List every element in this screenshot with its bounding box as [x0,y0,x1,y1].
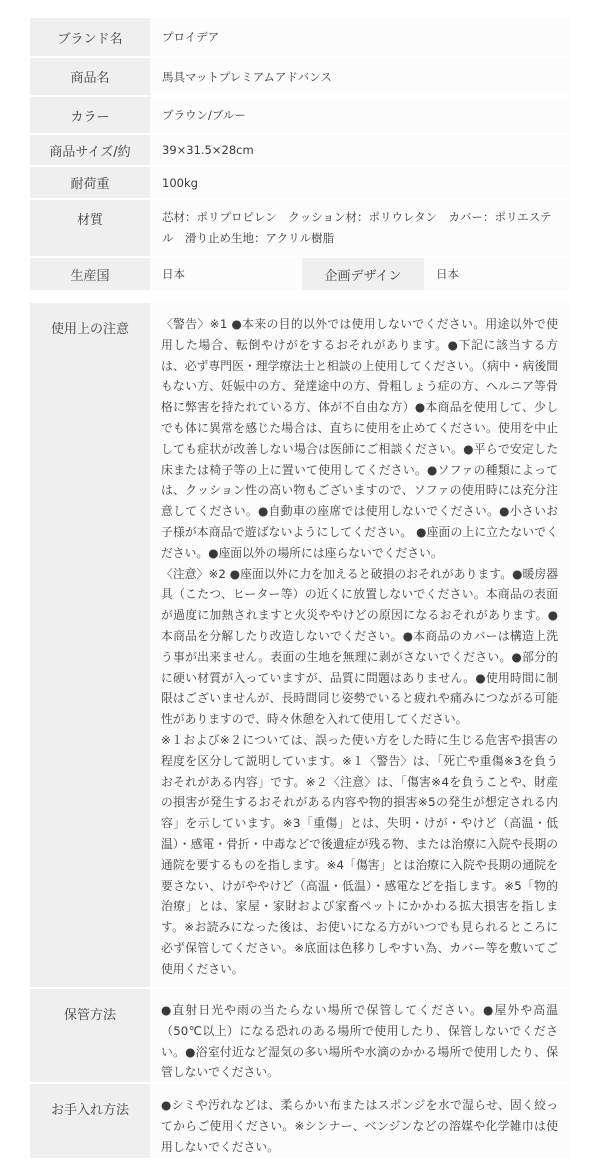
spec-row-load-capacity: 耐荷重 100kg [30,167,570,198]
spec-row-color: カラー ブラウン/ブルー [30,97,570,133]
spec-row-product-name: 商品名 馬具マットプレミアムアドバンス [30,58,570,95]
notes-label: お手入れ方法 [30,1084,150,1158]
spec-value: 芯材：ポリプロピレン クッション材：ポリウレタン カバー：ポリエステル 滑り止め… [150,200,570,256]
spec-row-origin: 生産国 日本 企画デザイン 日本 [30,258,570,290]
spec-label: 商品サイズ/約 [30,135,150,165]
notes-row-care: お手入れ方法 ●シミや汚れなどは、柔らかい布またはスポンジを水で湿らせ、固く絞っ… [30,1084,570,1158]
notes-label: 使用上の注意 [30,303,150,987]
notes-row-usage-cautions: 使用上の注意 〈警告〉※1 ●本来の目的以外では使用しないでください。用途以外で… [30,303,570,987]
spec-label: カラー [30,97,150,133]
spec-value: ブラウン/ブルー [150,97,570,133]
spec-label: 材質 [30,200,150,256]
warning-paragraph: 〈警告〉※1 ●本来の目的以外では使用しないでください。用途以外で使用した場合、… [161,314,558,564]
spec-value: 100kg [150,167,570,198]
spec-label: ブランド名 [30,18,150,56]
notes-table: 使用上の注意 〈警告〉※1 ●本来の目的以外では使用しないでください。用途以外で… [30,303,570,1160]
spec-label: 生産国 [30,258,150,290]
spec-table: ブランド名 プロイデア 商品名 馬具マットプレミアムアドバンス カラー ブラウン… [30,18,570,292]
notes-value: 〈警告〉※1 ●本来の目的以外では使用しないでください。用途以外で使用した場合、… [150,303,570,987]
care-paragraph: ●シミや汚れなどは、柔らかい布またはスポンジを水で湿らせ、固く絞ってからご使用く… [161,1095,558,1157]
origin-value: 日本 [150,258,302,290]
spec-value: プロイデア [150,18,570,56]
storage-paragraph: ●直射日光や雨の当たらない場所で保管してください。●屋外や高温（50℃以上）にな… [161,1000,558,1083]
spec-row-size: 商品サイズ/約 39×31.5×28cm [30,135,570,165]
spec-row-material: 材質 芯材：ポリプロピレン クッション材：ポリウレタン カバー：ポリエステル 滑… [30,200,570,256]
definitions-paragraph: ※１および※２については、誤った使い方をした時に生じる危害や損害の程度を区分して… [161,730,558,980]
spec-row-brand: ブランド名 プロイデア [30,18,570,56]
design-label: 企画デザイン [302,258,424,290]
notes-value: ●シミや汚れなどは、柔らかい布またはスポンジを水で湿らせ、固く絞ってからご使用く… [150,1084,570,1158]
notes-label: 保管方法 [30,989,150,1082]
notes-row-storage: 保管方法 ●直射日光や雨の当たらない場所で保管してください。●屋外や高温（50℃… [30,989,570,1082]
spec-value: 39×31.5×28cm [150,135,570,165]
notes-value: ●直射日光や雨の当たらない場所で保管してください。●屋外や高温（50℃以上）にな… [150,989,570,1082]
spec-label: 商品名 [30,58,150,95]
spec-value: 馬具マットプレミアムアドバンス [150,58,570,95]
caution-paragraph: 〈注意〉※2 ●座面以外に力を加えると破損のおそれがあります。●暖房器具（こたつ… [161,564,558,730]
design-value: 日本 [424,258,570,290]
spec-value: 日本 企画デザイン 日本 [150,258,570,290]
spec-label: 耐荷重 [30,167,150,198]
